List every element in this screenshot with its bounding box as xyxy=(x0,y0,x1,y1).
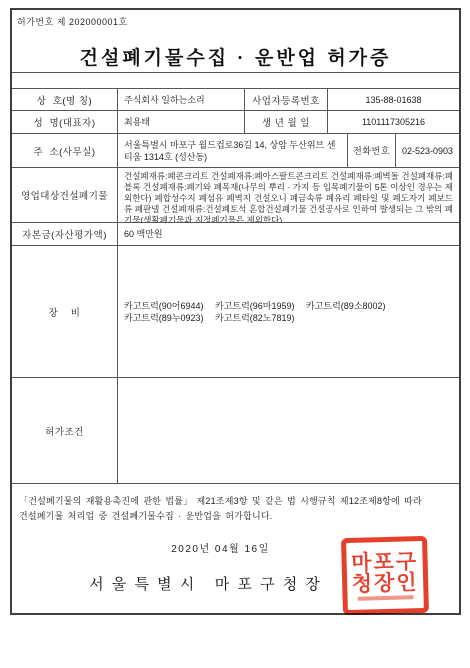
waste-types-value: 건설폐재류:폐콘크리트 건설폐재류:폐아스팔트콘크리트 건설폐재류:폐벽돌 건설… xyxy=(117,168,459,222)
table-row-waste-types: 영업대상건설폐기물 건설폐재류:폐콘크리트 건설폐재류:폐아스팔트콘크리트 건설… xyxy=(12,167,459,222)
table-row-capital: 자본금(자산평가액) 60 백만원 xyxy=(12,222,459,245)
legal-statement: 「건설폐기물의 재활용촉진에 관한 법률」 제21조제3항 및 같은 법 시행규… xyxy=(19,494,453,524)
table-row-representative: 성 명(대표자) 최용태 생 년 월 일 1101117305216 xyxy=(12,110,459,133)
equipment-item: 카고트럭(96마1959) xyxy=(215,301,295,311)
seal-microtext xyxy=(358,595,414,600)
seal-text-bottom: 청장인 xyxy=(351,572,418,595)
seal-text-top: 마포구 xyxy=(351,551,418,574)
legal-statement-line-1: 「건설폐기물의 재활용촉진에 관한 법률」 제21조제3항 및 같은 법 시행규… xyxy=(19,494,453,509)
table-row-conditions: 허가조건 xyxy=(12,377,459,483)
equipment-list: 카고트럭(90어6944) 카고트럭(96마1959) 카고트럭(89소8002… xyxy=(124,300,453,324)
conditions-value xyxy=(117,378,459,483)
document-title: 건설폐기물수집 · 운반업 허가증 xyxy=(12,43,459,70)
phone-value: 02-523-0903 xyxy=(395,134,459,167)
document-frame: 허가번호 제 202000001호 건설폐기물수집 · 운반업 허가증 상 호(… xyxy=(10,8,461,615)
info-table: 상 호(명 칭) 주식회사 일하는소리 사업자등록번호 135-88-01638… xyxy=(12,88,459,484)
legal-statement-line-2: 건설폐기물 처리업 중 건설폐기물수집 · 운반업을 허가합니다. xyxy=(19,509,453,524)
representative-value: 최용태 xyxy=(117,111,244,133)
birth-date-value: 1101117305216 xyxy=(327,111,459,133)
company-value: 주식회사 일하는소리 xyxy=(117,89,244,110)
equipment-value: 카고트럭(90어6944) 카고트럭(96마1959) 카고트럭(89소8002… xyxy=(117,246,459,377)
table-row-address: 주 소(사무실) 서울특별시 마포구 월드컵로36길 14, 상암 두산위브 센… xyxy=(12,133,459,167)
birth-date-label: 생 년 월 일 xyxy=(244,111,327,133)
equipment-item: 카고트럭(89누0923) xyxy=(124,313,204,323)
equipment-item: 카고트럭(89소8002) xyxy=(306,301,386,311)
header-divider xyxy=(12,72,459,73)
equipment-label: 장 비 xyxy=(12,246,117,377)
official-seal: 마포구 청장인 xyxy=(341,536,429,615)
permit-number: 허가번호 제 202000001호 xyxy=(17,15,128,28)
address-value: 서울특별시 마포구 월드컵로36길 14, 상암 두산위브 센티움 1314호 … xyxy=(117,134,347,167)
address-label: 주 소(사무실) xyxy=(12,134,117,167)
company-label: 상 호(명 칭) xyxy=(12,89,117,110)
representative-label: 성 명(대표자) xyxy=(12,111,117,133)
issuer-signature: 서 울 특 별 시 마 포 구 청 장 xyxy=(12,573,399,594)
table-row-company: 상 호(명 칭) 주식회사 일하는소리 사업자등록번호 135-88-01638 xyxy=(12,88,459,110)
conditions-label: 허가조건 xyxy=(12,378,117,483)
business-number-label: 사업자등록번호 xyxy=(244,89,327,110)
equipment-item: 카고트럭(90어6944) xyxy=(124,301,204,311)
waste-types-label: 영업대상건설폐기물 xyxy=(12,168,117,222)
table-row-equipment: 장 비 카고트럭(90어6944) 카고트럭(96마1959) 카고트럭(89소… xyxy=(12,245,459,377)
capital-label: 자본금(자산평가액) xyxy=(12,223,117,245)
capital-value: 60 백만원 xyxy=(117,223,459,245)
equipment-item: 카고트럭(82노7819) xyxy=(215,313,295,323)
business-number-value: 135-88-01638 xyxy=(327,89,459,110)
phone-label: 전화번호 xyxy=(347,134,395,167)
